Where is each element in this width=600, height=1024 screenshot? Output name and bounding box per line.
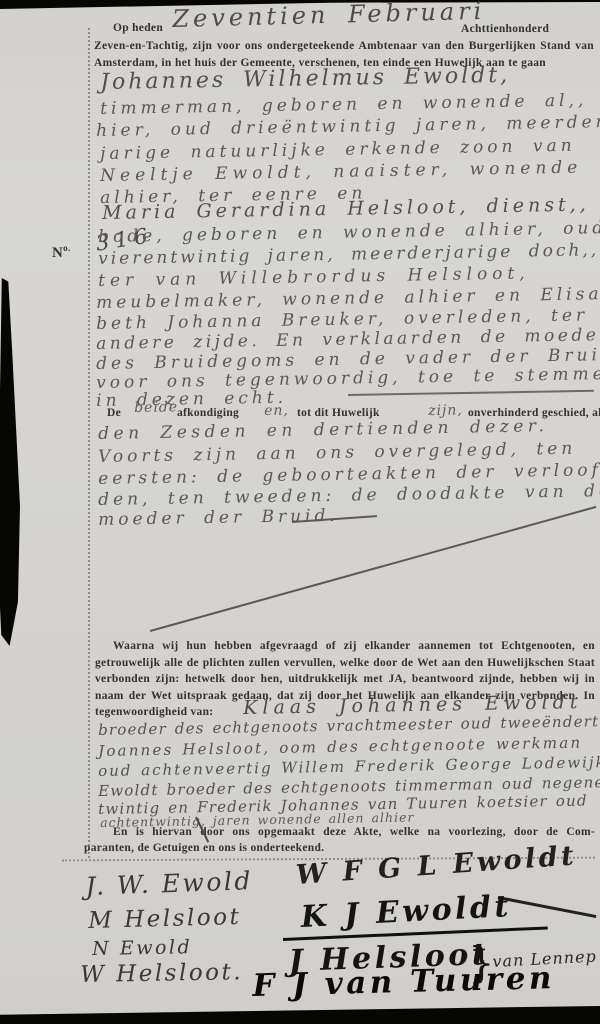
- handwritten-line: moeder der Bruid.: [98, 506, 339, 530]
- printed-header-line2: Zeven-en-Tachtig, zijn voor ons onderget…: [94, 38, 594, 54]
- register-number: No.: [52, 240, 71, 261]
- signature: K J Ewoldt: [300, 889, 513, 935]
- printed-banns-afkondiging: afkondiging: [177, 405, 239, 421]
- signature: W F G L Ewoldt: [295, 840, 578, 891]
- signature: J. W. Ewold: [85, 866, 253, 901]
- signature-flourish: [498, 896, 597, 918]
- page-edge-bottom: [0, 1002, 600, 1024]
- form-margin-rule: [88, 28, 90, 858]
- handwritten-banns-beide: beide: [134, 399, 178, 416]
- marriage-record-page: No. 316 Op heden Zeventien Februari Acht…: [0, 0, 600, 1024]
- ink-blot-left-margin: [0, 278, 20, 646]
- handwritten-date: Zeventien Februari: [172, 0, 486, 33]
- signature: N Ewold: [92, 936, 192, 960]
- handwritten-banns-zijn: zijn,: [428, 402, 463, 419]
- printed-banns-de: De: [107, 405, 121, 421]
- printed-closing-line1: En is hiervan door ons opgemaakt deze Ak…: [95, 824, 595, 840]
- signature: W Helsloot.: [80, 959, 243, 988]
- register-number-n: N: [52, 245, 63, 261]
- handwritten-banns-en: en,: [264, 403, 289, 419]
- pen-stroke: [348, 390, 594, 396]
- printed-closing-line2: paranten, de Getuigen en ons is ondertee…: [84, 840, 324, 856]
- signature: M Helsloot: [88, 904, 242, 934]
- register-number-sup: o.: [63, 243, 70, 253]
- printed-op-heden: Op heden: [113, 20, 163, 36]
- printed-year: Achttienhonderd: [461, 21, 549, 37]
- signature: F J van Tuuren: [252, 960, 555, 1004]
